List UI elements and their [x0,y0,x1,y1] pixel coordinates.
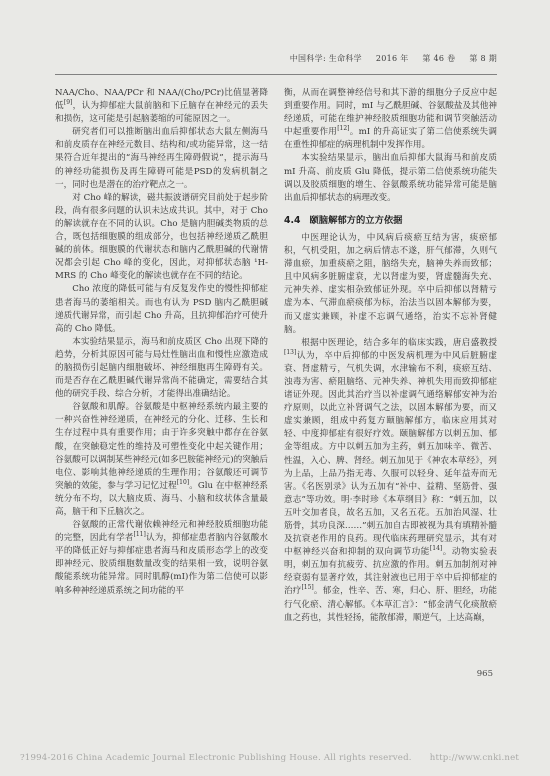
running-head: 中国科学: 生命科学 2016 年 第 46 卷 第 8 期 [55,53,497,64]
paragraph: 根据中医理论，结合多年的临床实践，唐启盛教授[13]认为，卒中后抑郁的中医发病机… [284,337,497,625]
paragraph: 本实验结果显示，脑出血后抑郁大鼠海马和前皮质 mI 升高、前皮质 Glu 降低，… [284,152,497,204]
journal-issue: 第 8 期 [469,54,497,63]
paragraph: Cho 浓度的降低可能与有反复发作史的慢性抑郁症患者海马的萎缩相关。而也有认为 … [55,283,268,335]
copyright-text: ?1994-2016 China Academic Journal Electr… [20,753,412,763]
text-columns: NAA/Cho、NAA/PCr 和 NAA/(Cho/PCr)比值显著降低[9]… [55,87,497,625]
right-column: 衡，从而在调整神经信号和其下游的细胞分子反应中起到重要作用。同时，mI 与乙酰胆… [284,87,497,625]
page-footer: ?1994-2016 China Academic Journal Electr… [20,753,530,763]
journal-year: 2016 年 [376,54,409,63]
paragraph: 对 Cho 峰的解读，磁共振波谱研究目前处于起步阶段，尚有很多问题的认识未达成共… [55,192,268,284]
section-title: 颐脑解郁方的立方依据 [309,215,402,226]
scanned-page: 中国科学: 生命科学 2016 年 第 46 卷 第 8 期 NAA/Cho、N… [0,0,550,776]
cnki-url: http://www.cnki.net [430,753,519,763]
paragraph: 谷氨酸的正常代谢依赖神经元和神经胶质细胞功能的完整，因此有学者[11]认为，抑郁… [55,519,268,598]
paragraph: NAA/Cho、NAA/PCr 和 NAA/(Cho/PCr)比值显著降低[9]… [55,87,268,126]
section-number: 4.4 [284,215,300,226]
page-number: 965 [477,669,493,679]
journal-volume: 第 46 卷 [422,54,455,63]
journal-title: 中国科学: 生命科学 [290,54,362,63]
header-divider [55,74,497,75]
paragraph: 谷氨酸和肌醇。谷氨酸是中枢神经系统内最主要的一种兴奋性神经递质，在神经元的分化、… [55,401,268,519]
section-heading: 4.4颐脑解郁方的立方依据 [284,214,497,227]
paragraph: 本实验结果显示，海马和前皮质区 Cho 出现下降的趋势，分析其原因可能与局灶性脑… [55,336,268,401]
paragraph: 衡，从而在调整神经信号和其下游的细胞分子反应中起到重要作用。同时，mI 与乙酰胆… [284,87,497,152]
paragraph: 研究者们可以推断脑出血后抑郁状态大鼠左侧海马和前皮质存在神经元数目、结构和/或功… [55,126,268,191]
left-column: NAA/Cho、NAA/PCr 和 NAA/(Cho/PCr)比值显著降低[9]… [55,87,268,625]
paragraph: 中医理论认为，中风病后痰瘀互结为害，痰瘀郁积，气机受阻，加之病后情志不遂，肝气郁… [284,232,497,337]
